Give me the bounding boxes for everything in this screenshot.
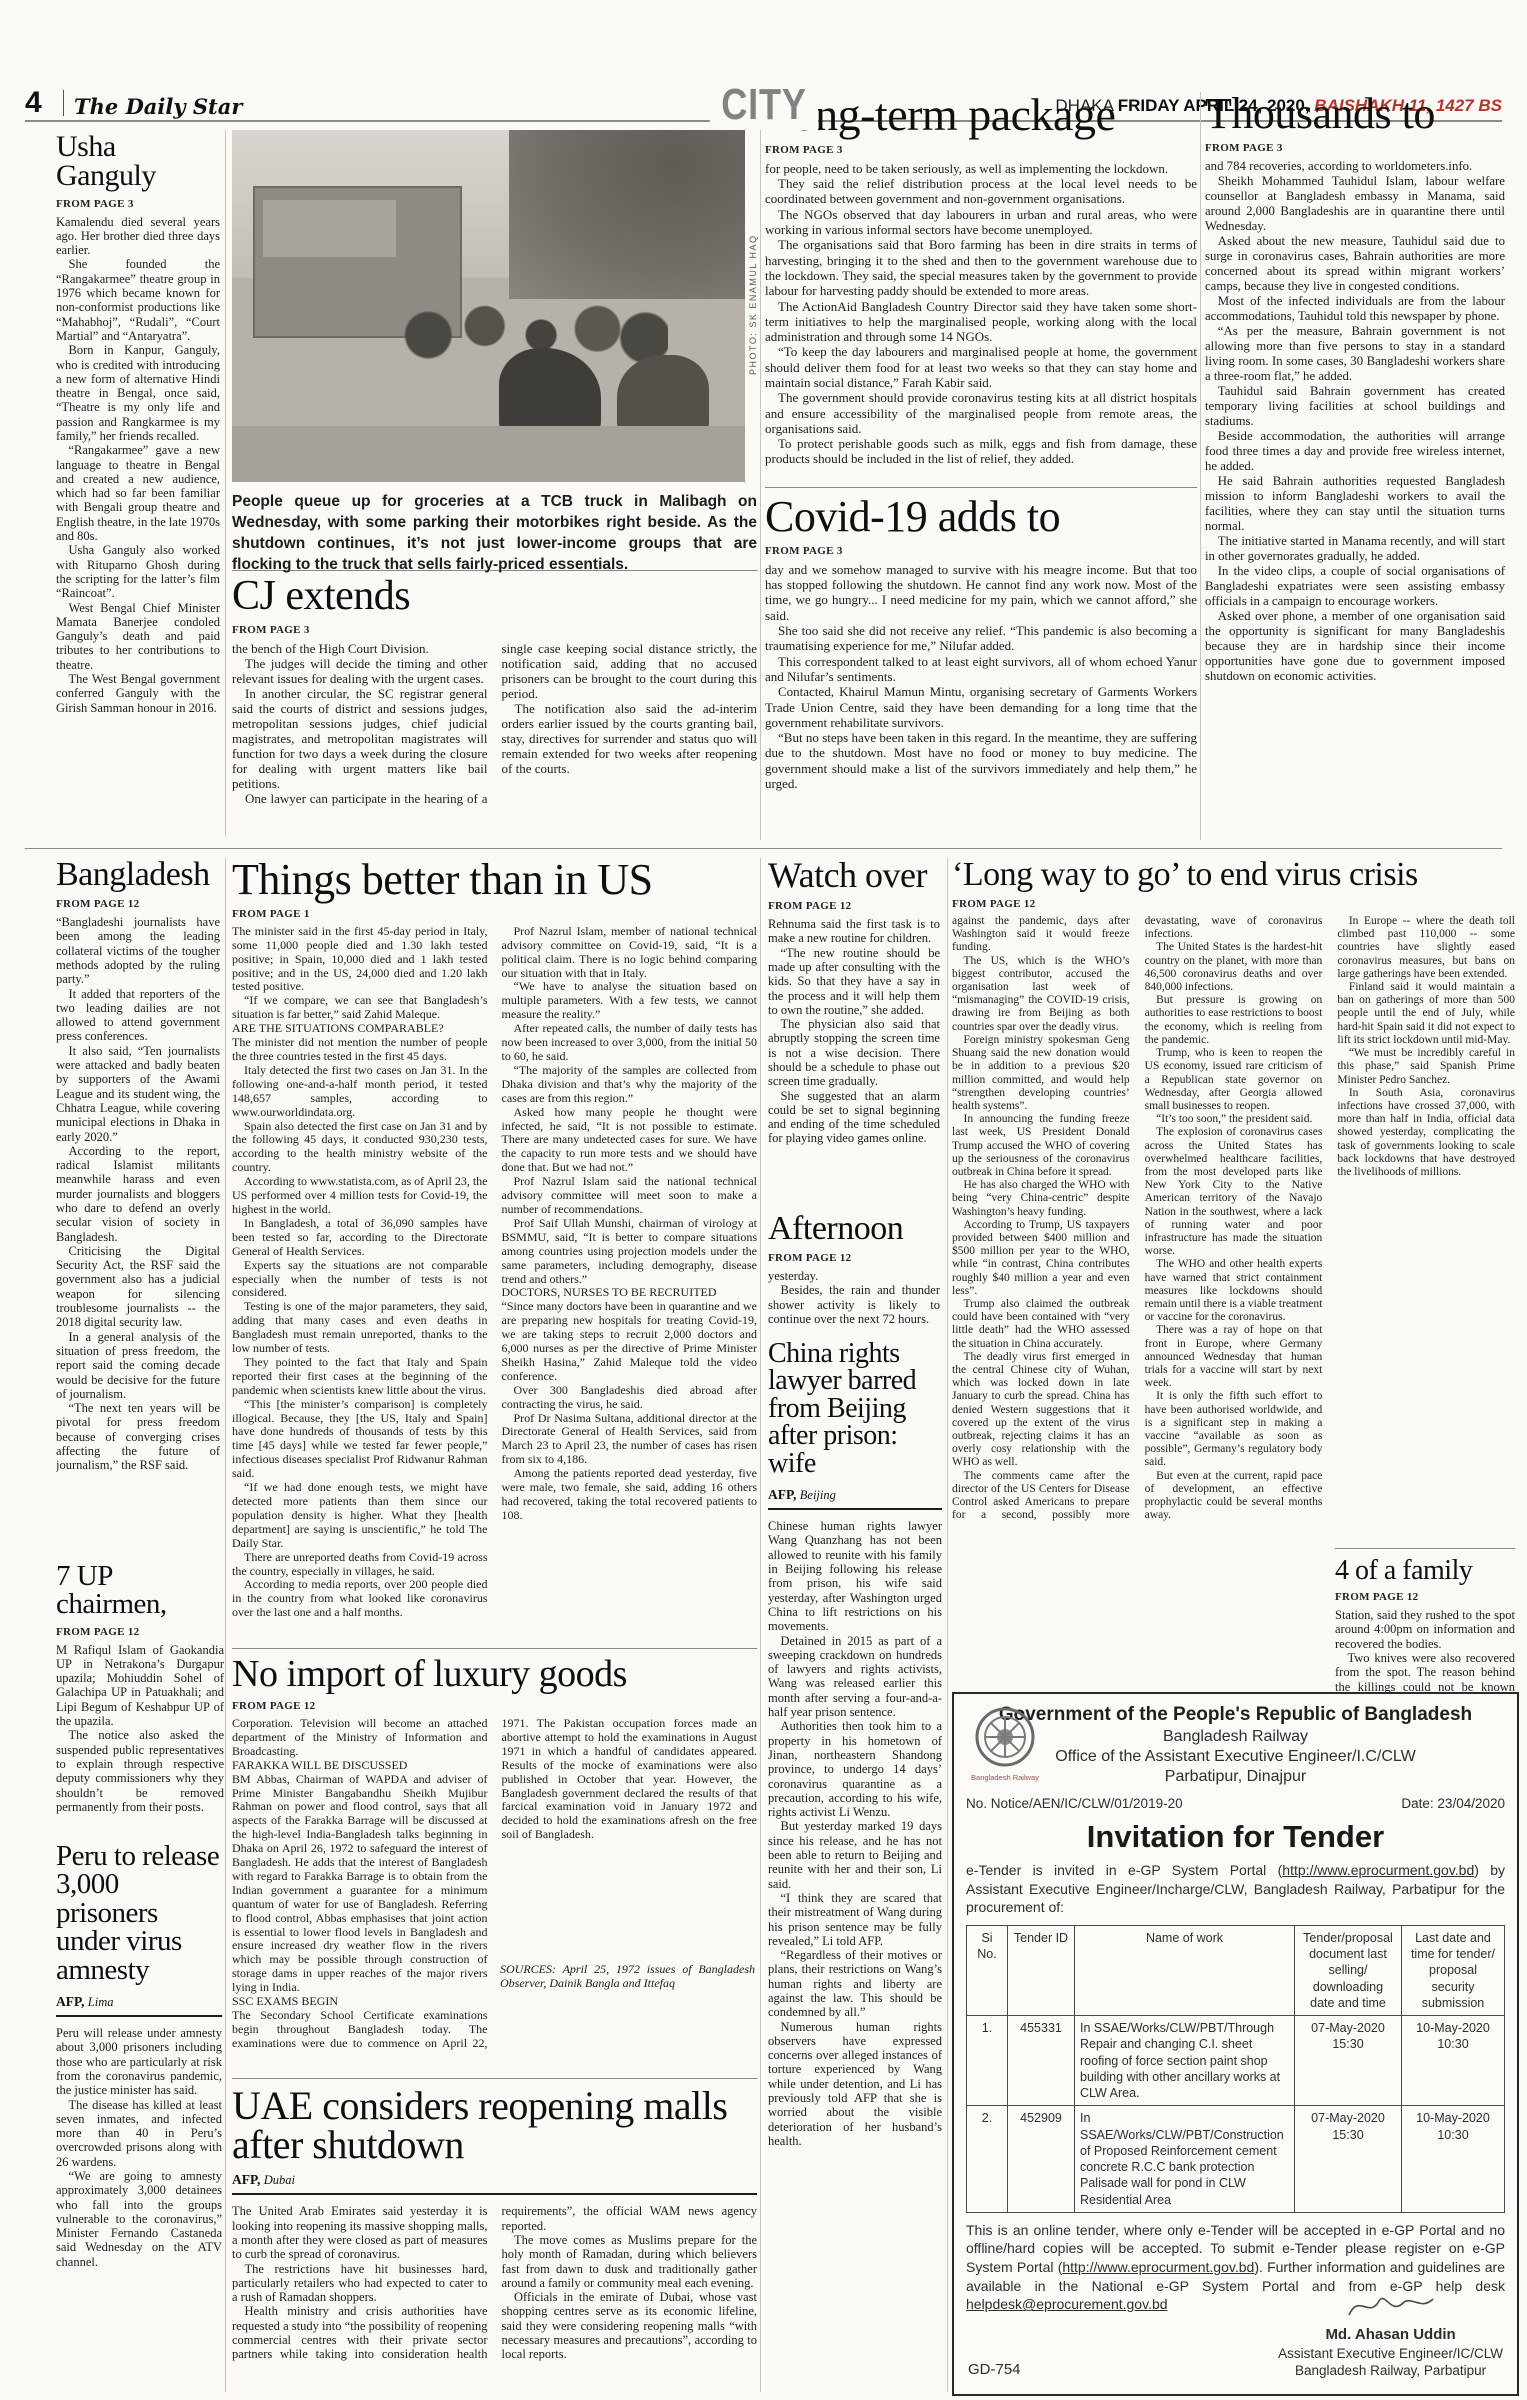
- headline: CJ extends: [232, 576, 757, 617]
- column-rule: [947, 858, 948, 2392]
- cell-work: In SSAE/Works/CLW/PBT/Construction of Pr…: [1075, 2106, 1295, 2213]
- article-body: Peru will release under amnesty about 3,…: [56, 2026, 222, 2308]
- headline: ‘Long way to go’ to end virus crisis: [952, 858, 1515, 891]
- byline-agency: AFP,: [768, 1487, 796, 1502]
- tender-helpdesk-email[interactable]: helpdesk@eprocurement.gov.bd: [966, 2296, 1168, 2312]
- headline: Watch over: [768, 858, 940, 893]
- tender-org: Bangladesh Railway: [966, 1728, 1505, 1746]
- tender-intro-text: e-Tender is invited in e-GP System Porta…: [966, 1862, 1282, 1878]
- headline: No import of luxury goods: [232, 1656, 757, 1693]
- article-body: day and we somehow managed to survive wi…: [765, 562, 1197, 830]
- tender-date: Date: 23/04/2020: [1401, 1796, 1505, 1811]
- headline: Bangladesh: [56, 858, 220, 891]
- article-body: yesterday. Besides, the rain and thunder…: [768, 1269, 940, 1341]
- photo-caption: People queue up for groceries at a TCB t…: [232, 492, 757, 576]
- photo-trees: [509, 130, 745, 299]
- headline: Things better than in US: [232, 858, 757, 901]
- cell-si: 1.: [967, 2016, 1008, 2106]
- tender-gd-number: GD-754: [968, 2361, 1021, 2378]
- headline: Usha Ganguly: [56, 132, 220, 191]
- tender-office: Office of the Assistant Executive Engine…: [966, 1748, 1505, 1766]
- byline: AFP, Dubai: [232, 2172, 757, 2195]
- headline: Covid-19 adds to: [765, 495, 1197, 538]
- byline-agency: AFP,: [232, 2172, 260, 2187]
- cell-si: 2.: [967, 2106, 1008, 2213]
- band-rule: [25, 848, 1502, 849]
- cell-last-date: 10-May-2020 10:30: [1402, 2106, 1505, 2213]
- headline: UAE considers reopening malls after shut…: [232, 2086, 757, 2164]
- headline: Thousands to: [1205, 92, 1505, 135]
- section-label: CITY: [709, 80, 817, 130]
- col-header-work: Name of work: [1075, 1925, 1295, 2015]
- article-no-import-luxury-goods: No import of luxury goods FROM PAGE 12 C…: [232, 1656, 757, 2057]
- cell-work: In SSAE/Works/CLW/PBT/Through Repair and…: [1075, 2016, 1295, 2106]
- cell-selling-date: 07-May-2020 15:30: [1295, 2016, 1402, 2106]
- tender-signature-block: Md. Ahasan Uddin Assistant Executive Eng…: [1278, 2291, 1503, 2380]
- article-body: Chinese human rights lawyer Wang Quanzha…: [768, 1519, 942, 2369]
- from-page-label: FROM PAGE 3: [232, 624, 757, 638]
- rule-above-uae: [232, 2078, 757, 2079]
- signatory-name: Md. Ahasan Uddin: [1278, 2325, 1503, 2345]
- from-page-label: FROM PAGE 12: [1335, 1591, 1515, 1605]
- news-photo: [232, 130, 745, 482]
- article-body: against the pandemic, days after Washing…: [952, 915, 1515, 1533]
- from-page-label: FROM PAGE 12: [56, 898, 220, 912]
- article-body: M Rafiqul Islam of Gaokandia UP in Netra…: [56, 1643, 224, 1855]
- article-long-term-package: Long-term package FROM PAGE 3 for people…: [765, 92, 1197, 473]
- article-afternoon: Afternoon FROM PAGE 12 yesterday. Beside…: [768, 1212, 940, 1341]
- article-7-up-chairmen: 7 UP chairmen, FROM PAGE 12 M Rafiqul Is…: [56, 1562, 224, 1855]
- article-bangladesh: Bangladesh FROM PAGE 12 “Bangladeshi jou…: [56, 858, 220, 1543]
- article-thousands-to: Thousands to FROM PAGE 3 and 784 recover…: [1205, 92, 1505, 837]
- newspaper-page: 4 The Daily Star CITY DHAKA FRIDAY APRIL…: [0, 0, 1527, 2400]
- col-header-lastdate: Last date and time for tender/ proposal …: [1402, 1925, 1505, 2015]
- article-cj-extends: CJ extends FROM PAGE 3 the bench of the …: [232, 576, 757, 817]
- article-body: and 784 recoveries, according to worldom…: [1205, 159, 1505, 837]
- tender-table: Si No. Tender ID Name of work Tender/pro…: [966, 1925, 1505, 2213]
- cell-tender-id: 452909: [1008, 2106, 1075, 2213]
- byline-location: Dubai: [264, 2173, 295, 2187]
- signatory-org: Bangladesh Railway, Parbatipur: [1278, 2362, 1503, 2380]
- tender-row: 1. 455331 In SSAE/Works/CLW/PBT/Through …: [967, 2016, 1505, 2106]
- signatory-title: Assistant Executive Engineer/IC/CLW: [1278, 2345, 1503, 2363]
- byline-agency: AFP,: [56, 1994, 84, 2009]
- col-header-selling: Tender/proposal document last selling/ d…: [1295, 1925, 1402, 2015]
- article-body: for people, need to be taken seriously, …: [765, 161, 1197, 473]
- page-number: 4: [25, 86, 42, 120]
- article-body: Corporation. Television will become an a…: [232, 1717, 757, 2057]
- headline: Peru to release 3,000 prisoners under vi…: [56, 1842, 222, 1984]
- article-covid19-adds-to: Covid-19 adds to FROM PAGE 3 day and we …: [765, 495, 1197, 830]
- article-usha-ganguly: Usha Ganguly FROM PAGE 3 Kamalendu died …: [56, 132, 220, 853]
- col-header-id: Tender ID: [1008, 1925, 1075, 2015]
- article-uae-malls: UAE considers reopening malls after shut…: [232, 2086, 757, 2364]
- from-page-label: FROM PAGE 12: [56, 1626, 224, 1640]
- tender-portal-link[interactable]: http://www.eprocurment.gov.bd: [1282, 1862, 1474, 1878]
- headline: China rights lawyer barred from Beijing …: [768, 1340, 942, 1477]
- photo-road: [232, 426, 745, 482]
- rule-above-noimport: [232, 1648, 757, 1649]
- byline-location: Beijing: [800, 1488, 836, 1502]
- from-page-label: FROM PAGE 12: [768, 1252, 940, 1266]
- header-divider: [63, 90, 64, 116]
- railway-emblem-icon: [974, 1706, 1036, 1768]
- signature-icon: [1345, 2291, 1437, 2321]
- headline: 7 UP chairmen,: [56, 1562, 224, 1619]
- photo-credit: PHOTO: SK ENAMUL HAQ: [748, 140, 760, 470]
- column-rule: [1200, 92, 1201, 840]
- tender-title: Invitation for Tender: [966, 1819, 1505, 1855]
- column-rule: [760, 858, 761, 2392]
- column-rule: [225, 858, 226, 2392]
- cell-tender-id: 455331: [1008, 2016, 1075, 2106]
- byline: AFP, Beijing: [768, 1487, 942, 1510]
- byline-location: Lima: [88, 1995, 114, 2009]
- from-page-label: FROM PAGE 12: [768, 900, 940, 914]
- column-rule: [760, 92, 761, 840]
- tender-row: 2. 452909 In SSAE/Works/CLW/PBT/Construc…: [967, 2106, 1505, 2213]
- railway-logo-caption: Bangladesh Railway: [968, 1773, 1042, 1782]
- tender-notice-number: No. Notice/AEN/IC/CLW/01/2019-20: [966, 1796, 1183, 1811]
- article-body: The minister said in the first 45-day pe…: [232, 925, 757, 1633]
- article-body: The United Arab Emirates said yesterday …: [232, 2204, 757, 2364]
- col-header-si: Si No.: [967, 1925, 1008, 2015]
- from-page-label: FROM PAGE 1: [232, 908, 757, 922]
- headline: Long-term package: [765, 92, 1197, 137]
- article-body: Kamalendu died several years ago. Her br…: [56, 215, 220, 853]
- sources-note: SOURCES: April 25, 1972 issues of Bangla…: [500, 1962, 755, 1990]
- from-page-label: FROM PAGE 3: [56, 198, 220, 212]
- column-rule: [225, 130, 226, 836]
- article-body: Rehnuma said the first task is to make a…: [768, 917, 940, 1205]
- headline: 4 of a family: [1335, 1557, 1515, 1584]
- cell-selling-date: 07-May-2020 15:30: [1295, 2106, 1402, 2213]
- rule-above-covid: [765, 487, 1197, 488]
- tender-intro: e-Tender is invited in e-GP System Porta…: [966, 1861, 1505, 1917]
- from-page-label: FROM PAGE 12: [952, 898, 1515, 912]
- tender-portal-link[interactable]: http://www.eprocurment.gov.bd: [1062, 2259, 1254, 2275]
- photo-truck-bed: [263, 200, 396, 256]
- from-page-label: FROM PAGE 3: [765, 545, 1197, 559]
- article-long-way-to-go: ‘Long way to go’ to end virus crisis FRO…: [952, 858, 1515, 1533]
- tender-place: Parbatipur, Dinajpur: [966, 1768, 1505, 1786]
- from-page-label: FROM PAGE 3: [765, 144, 1197, 158]
- masthead-logo: The Daily Star: [74, 94, 242, 119]
- cell-last-date: 10-May-2020 10:30: [1402, 2016, 1505, 2106]
- tender-government: Government of the People's Republic of B…: [966, 1704, 1505, 1726]
- article-body: “Bangladeshi journalists have been among…: [56, 915, 220, 1543]
- article-things-better-than-us: Things better than in US FROM PAGE 1 The…: [232, 858, 757, 1633]
- headline: Afternoon: [768, 1212, 940, 1245]
- tender-notice: Bangladesh Railway Government of the Peo…: [952, 1692, 1519, 2396]
- byline: AFP, Lima: [56, 1994, 222, 2017]
- article-peru-prisoners: Peru to release 3,000 prisoners under vi…: [56, 1842, 222, 2308]
- tender-table-header-row: Si No. Tender ID Name of work Tender/pro…: [967, 1925, 1505, 2015]
- article-body: the bench of the High Court Division. Th…: [232, 641, 757, 817]
- from-page-label: FROM PAGE 3: [1205, 142, 1505, 156]
- from-page-label: FROM PAGE 12: [232, 1700, 757, 1714]
- article-watch-over: Watch over FROM PAGE 12 Rehnuma said the…: [768, 858, 940, 1205]
- railway-logo: Bangladesh Railway: [968, 1706, 1042, 1782]
- article-china-rights-lawyer: China rights lawyer barred from Beijing …: [768, 1340, 942, 2369]
